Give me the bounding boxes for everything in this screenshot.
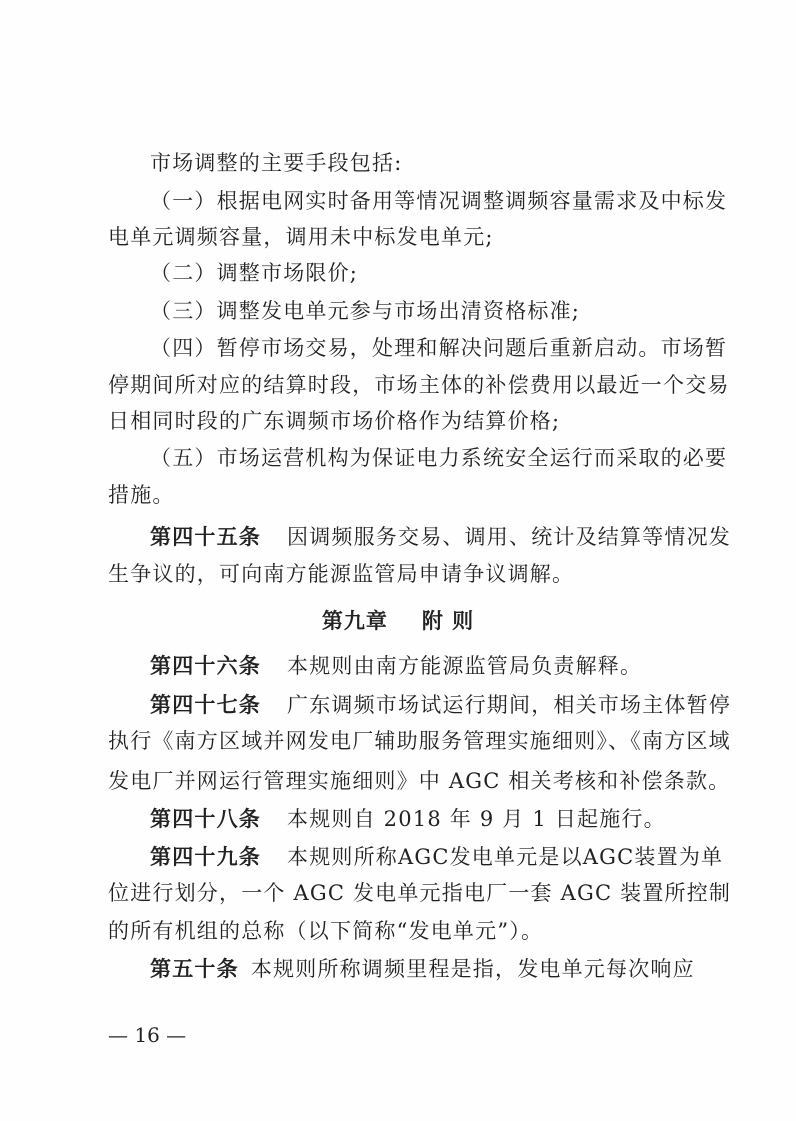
chapter-heading: 第九章附 则 (0, 608, 796, 634)
article-45-cont: 生争议的，可向南方能源监管局申请争议调解。 (108, 561, 708, 587)
article-45: 第四十五条因调频服务交易、调用、统计及结算等情况发 (150, 524, 710, 550)
article-label: 第四十六条 (150, 654, 261, 678)
paragraph-item-4-cont: 停期间所对应的结算时段，市场主体的补偿费用以最近一个交易 (108, 372, 708, 398)
article-text: 本规则所称AGC发电单元是以AGC装置为单 (287, 845, 723, 869)
article-text: 因调频服务交易、调用、统计及结算等情况发 (287, 525, 731, 549)
article-label: 第四十七条 (150, 693, 261, 717)
chapter-number: 第九章 (322, 609, 388, 633)
paragraph-item-4: （四）暂停市场交易，处理和解决问题后重新启动。市场暂 (150, 335, 710, 361)
article-47-cont2: 发电厂并网运行管理实施细则》中 AGC 相关考核和补偿条款。 (108, 768, 708, 794)
article-50: 第五十条本规则所称调频里程是指，发电单元每次响应 (150, 956, 710, 982)
page-number: — 16 — (108, 1022, 186, 1048)
article-47-cont: 执行《南方区域并网发电厂辅助服务管理实施细则》、《南方区域 (108, 728, 708, 754)
paragraph-item-1: （一）根据电网实时备用等情况调整调频容量需求及中标发 (150, 188, 710, 214)
article-text: 本规则所称调频里程是指，发电单元每次响应 (251, 957, 695, 981)
article-label: 第四十五条 (150, 525, 261, 549)
article-label: 第五十条 (150, 957, 239, 981)
article-text: 广东调频市场试运行期间，相关市场主体暂停 (287, 693, 731, 717)
article-48: 第四十八条本规则自 2018 年 9 月 1 日起施行。 (150, 806, 710, 832)
article-label: 第四十八条 (150, 807, 261, 831)
paragraph-item-5: （五）市场运营机构为保证电力系统安全运行而采取的必要 (150, 445, 710, 471)
paragraph-item-4-cont2: 日相同时段的广东调频市场价格作为结算价格; (108, 408, 708, 434)
article-46: 第四十六条本规则由南方能源监管局负责解释。 (150, 653, 710, 679)
article-49-cont2: 的所有机组的总称（以下简称“发电单元”）。 (108, 918, 708, 944)
paragraph-item-3: （三）调整发电单元参与市场出清资格标准; (150, 298, 710, 324)
article-49: 第四十九条本规则所称AGC发电单元是以AGC装置为单 (150, 844, 710, 870)
article-47: 第四十七条广东调频市场试运行期间，相关市场主体暂停 (150, 692, 710, 718)
paragraph-item-1-cont: 电单元调频容量，调用未中标发电单元; (108, 224, 708, 250)
article-text: 本规则自 2018 年 9 月 1 日起施行。 (287, 807, 666, 831)
article-text: 本规则由南方能源监管局负责解释。 (287, 654, 642, 678)
paragraph-intro: 市场调整的主要手段包括: (150, 150, 710, 176)
document-page: 市场调整的主要手段包括: （一）根据电网实时备用等情况调整调频容量需求及中标发 … (0, 0, 796, 1121)
paragraph-item-5-cont: 措施。 (108, 482, 708, 508)
article-49-cont: 位进行划分，一个 AGC 发电单元指电厂一套 AGC 装置所控制 (108, 880, 708, 906)
paragraph-item-2: （二）调整市场限价; (150, 260, 710, 286)
article-label: 第四十九条 (150, 845, 261, 869)
chapter-title: 附 则 (422, 609, 474, 633)
